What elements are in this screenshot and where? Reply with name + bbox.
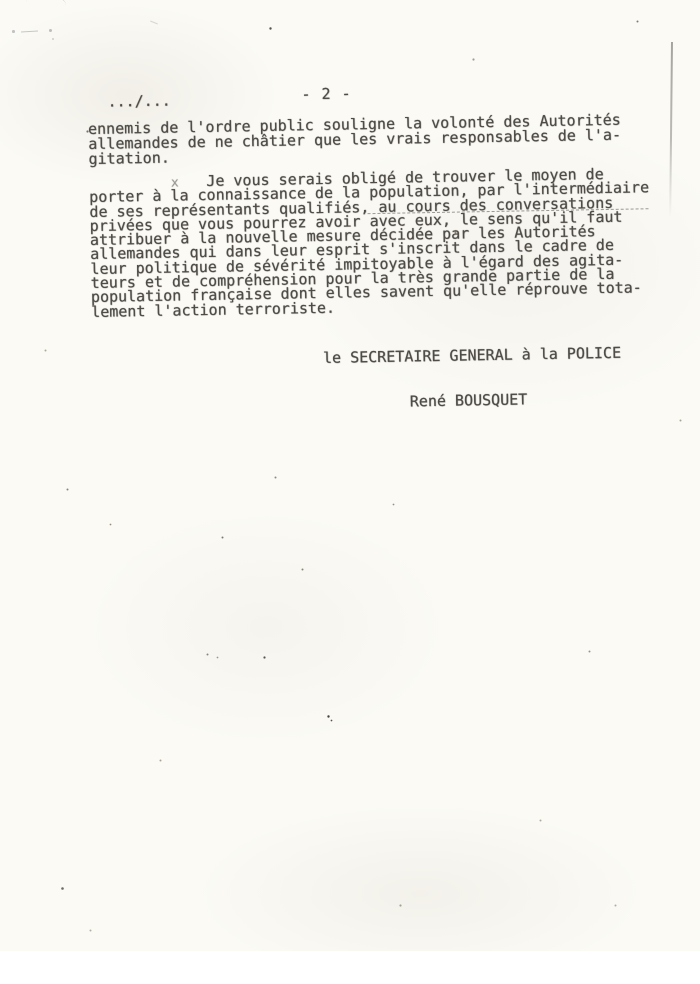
typed-text-layer: .../... - 2 - ennemis de l'ordre public …	[0, 0, 700, 984]
continuation-mark: .../...	[107, 94, 170, 109]
body-paragraph-1: ennemis de l'ordre public souligne la vo…	[88, 113, 622, 167]
page-number: - 2 -	[301, 86, 351, 101]
signatory-name: René BOUSQUET	[410, 392, 528, 408]
body-paragraph-2: Je vous serais obligé de trouver le moye…	[89, 166, 651, 319]
closing-title: le SECRETAIRE GENERAL à la POLICE	[323, 346, 621, 365]
scanned-letter-page: .../... - 2 - ennemis de l'ordre public …	[0, 0, 700, 984]
